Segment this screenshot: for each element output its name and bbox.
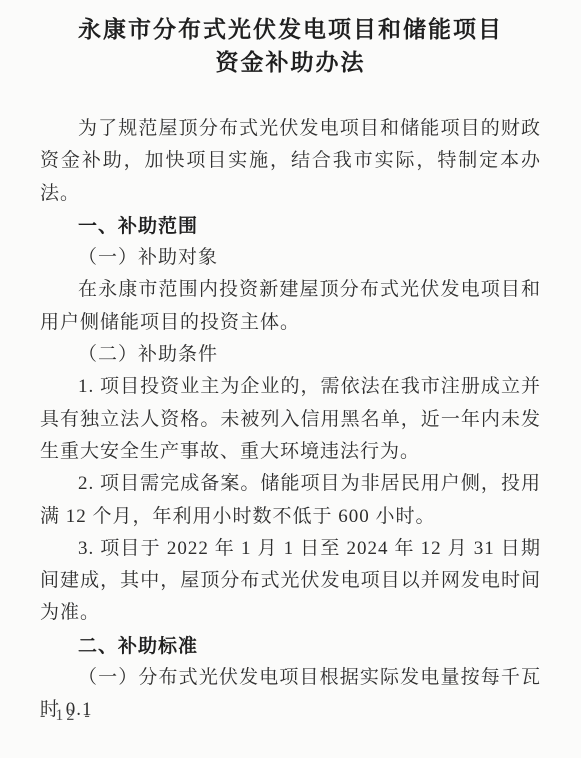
condition-item-3: 3. 项目于 2022 年 1 月 1 日至 2024 年 12 月 31 日期… <box>40 533 541 630</box>
intro-paragraph: 为了规范屋顶分布式光伏发电项目和储能项目的财政资金补助，加快项目实施，结合我市实… <box>40 113 541 210</box>
subsection-1-1-paragraph: 在永康市范围内投资新建屋顶分布式光伏发电项目和用户侧储能项目的投资主体。 <box>40 274 541 339</box>
page-number: - 12 - <box>40 705 93 727</box>
document-body: 为了规范屋顶分布式光伏发电项目和储能项目的财政资金补助，加快项目实施，结合我市实… <box>40 113 541 727</box>
document-title: 永康市分布式光伏发电项目和储能项目 资金补助办法 <box>40 14 541 80</box>
document-title-line-2: 资金补助办法 <box>40 47 541 80</box>
condition-item-1: 1. 项目投资业主为企业的，需依法在我市注册成立并具有独立法人资格。未被列入信用… <box>40 371 541 468</box>
section-1-heading: 一、补助范围 <box>40 210 541 242</box>
subsection-1-1-heading: （一）补助对象 <box>40 242 541 274</box>
document-page: 永康市分布式光伏发电项目和储能项目 资金补助办法 为了规范屋顶分布式光伏发电项目… <box>0 0 581 758</box>
condition-item-2: 2. 项目需完成备案。储能项目为非居民用户侧，投用满 12 个月，年利用小时数不… <box>40 468 541 533</box>
subsidy-standard-paragraph: （一）分布式光伏发电项目根据实际发电量按每千瓦时 0.1 <box>40 662 541 727</box>
document-title-line-1: 永康市分布式光伏发电项目和储能项目 <box>40 14 541 47</box>
section-2-heading: 二、补助标准 <box>40 630 541 662</box>
subsection-1-2-heading: （二）补助条件 <box>40 339 541 371</box>
